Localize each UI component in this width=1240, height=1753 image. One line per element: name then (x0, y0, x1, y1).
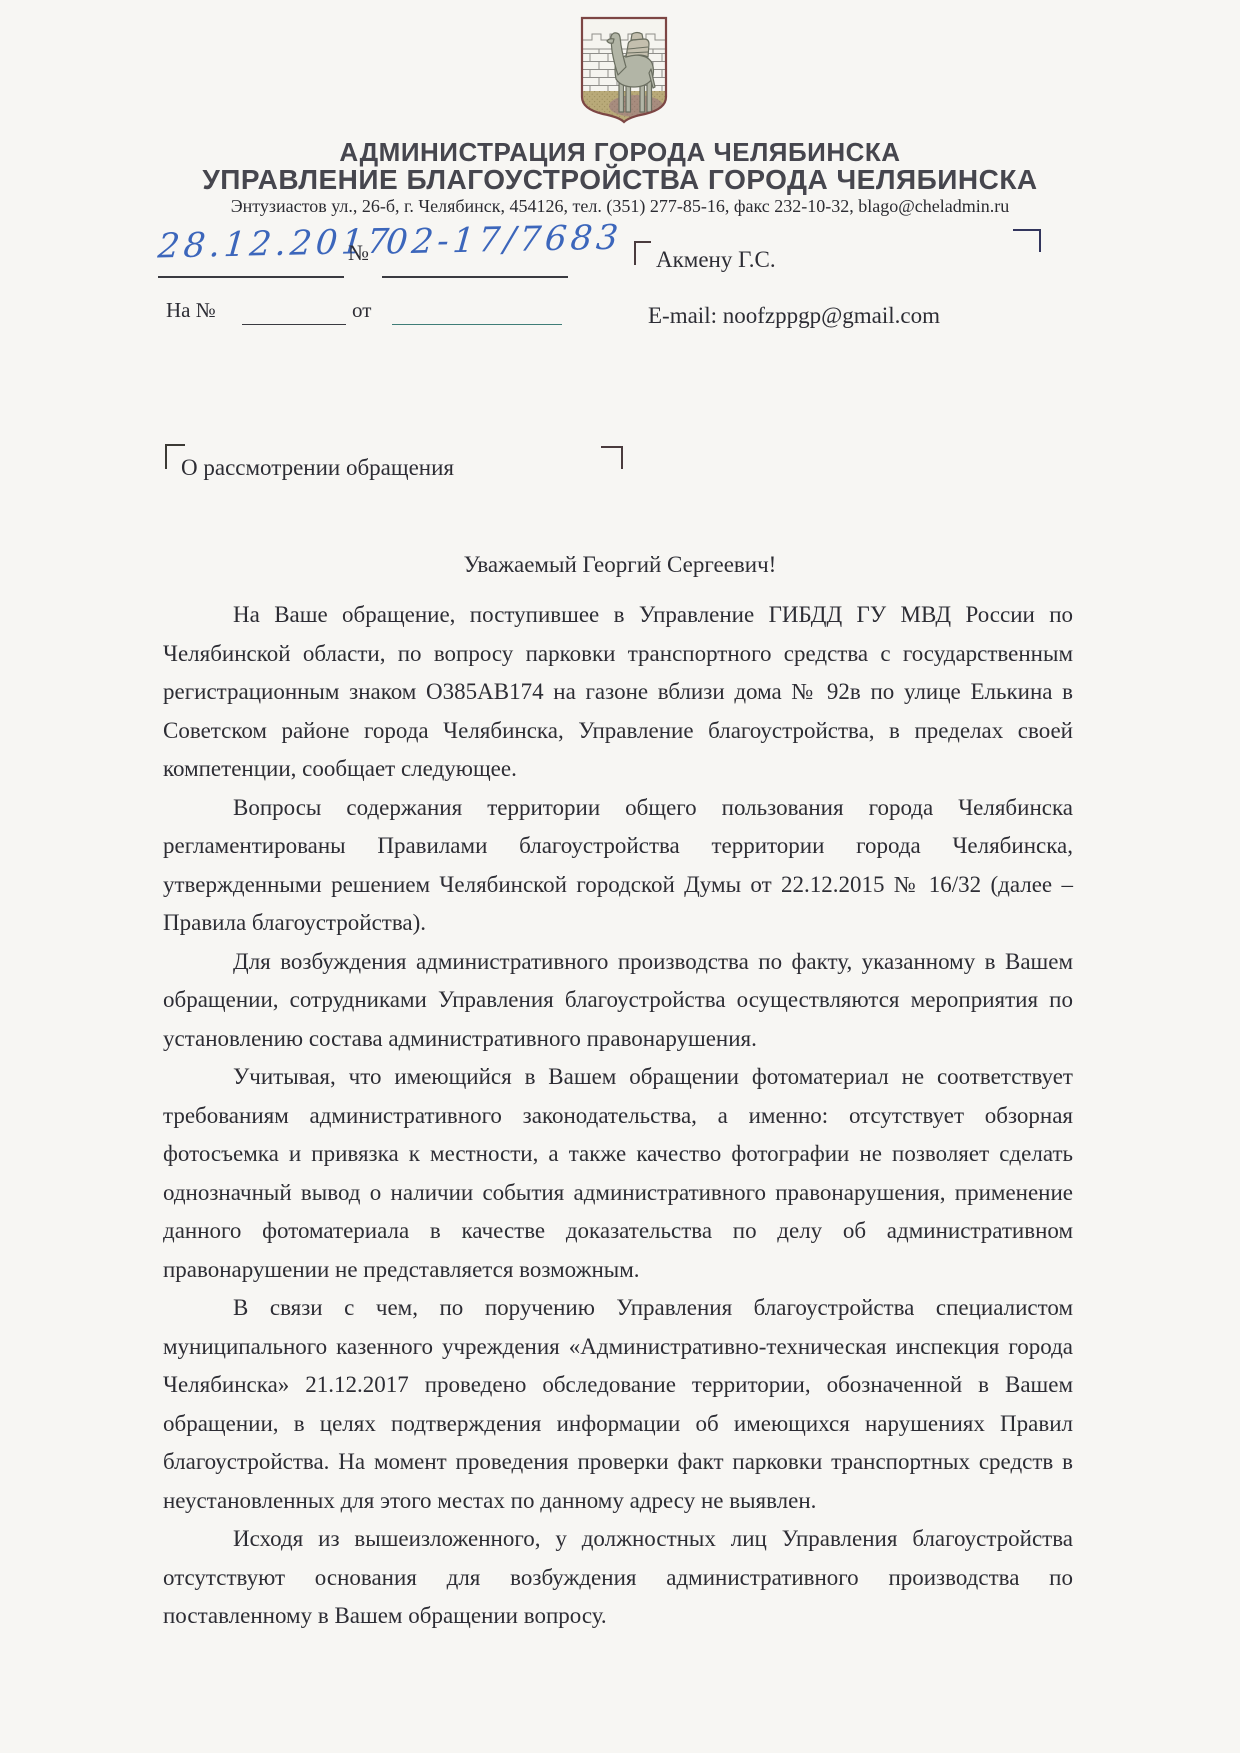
body-paragraph: Для возбуждения административного произв… (163, 943, 1073, 1059)
number-sign-label: № (348, 240, 369, 266)
coat-of-arms-icon (576, 13, 672, 127)
email-value: noofzppgp@gmail.com (723, 303, 940, 328)
letter-body: На Ваше обращение, поступившее в Управле… (163, 596, 1073, 1636)
body-paragraph: Учитывая, что имеющийся в Вашем обращени… (163, 1058, 1073, 1289)
email-label: E-mail: (648, 303, 717, 328)
body-paragraph: Исходя из вышеизложенного, у должностных… (163, 1520, 1073, 1636)
corner-mark-icon (601, 446, 623, 469)
salutation: Уважаемый Георгий Сергеевич! (0, 552, 1240, 578)
corner-mark-icon (1013, 229, 1041, 252)
handwritten-outgoing-number: 02-17/7683 (384, 217, 623, 262)
reply-from-label: от (352, 298, 371, 323)
reply-date-blank-line (392, 324, 562, 325)
body-paragraph: На Ваше обращение, поступившее в Управле… (163, 596, 1073, 789)
body-paragraph: В связи с чем, по поручению Управления б… (163, 1289, 1073, 1520)
scanned-letter-page: { "page": { "letterhead": { "emblem_icon… (0, 0, 1240, 1753)
organization-name-line2: УПРАВЛЕНИЕ БЛАГОУСТРОЙСТВА ГОРОДА ЧЕЛЯБИ… (0, 164, 1240, 196)
date-blank-line (158, 276, 344, 278)
addressee-email-row: E-mail: noofzppgp@gmail.com (648, 303, 940, 329)
subject-line: О рассмотрении обращения (181, 455, 454, 481)
reply-to-number-label: На № (166, 298, 216, 323)
corner-mark-icon (634, 241, 651, 265)
number-blank-line (382, 276, 568, 278)
reply-number-blank-line (242, 324, 346, 325)
body-paragraph: Вопросы содержания территории общего пол… (163, 789, 1073, 943)
addressee-name: Акмену Г.С. (656, 247, 776, 273)
organization-contact-line: Энтузиастов ул., 26-б, г. Челябинск, 454… (0, 196, 1240, 217)
